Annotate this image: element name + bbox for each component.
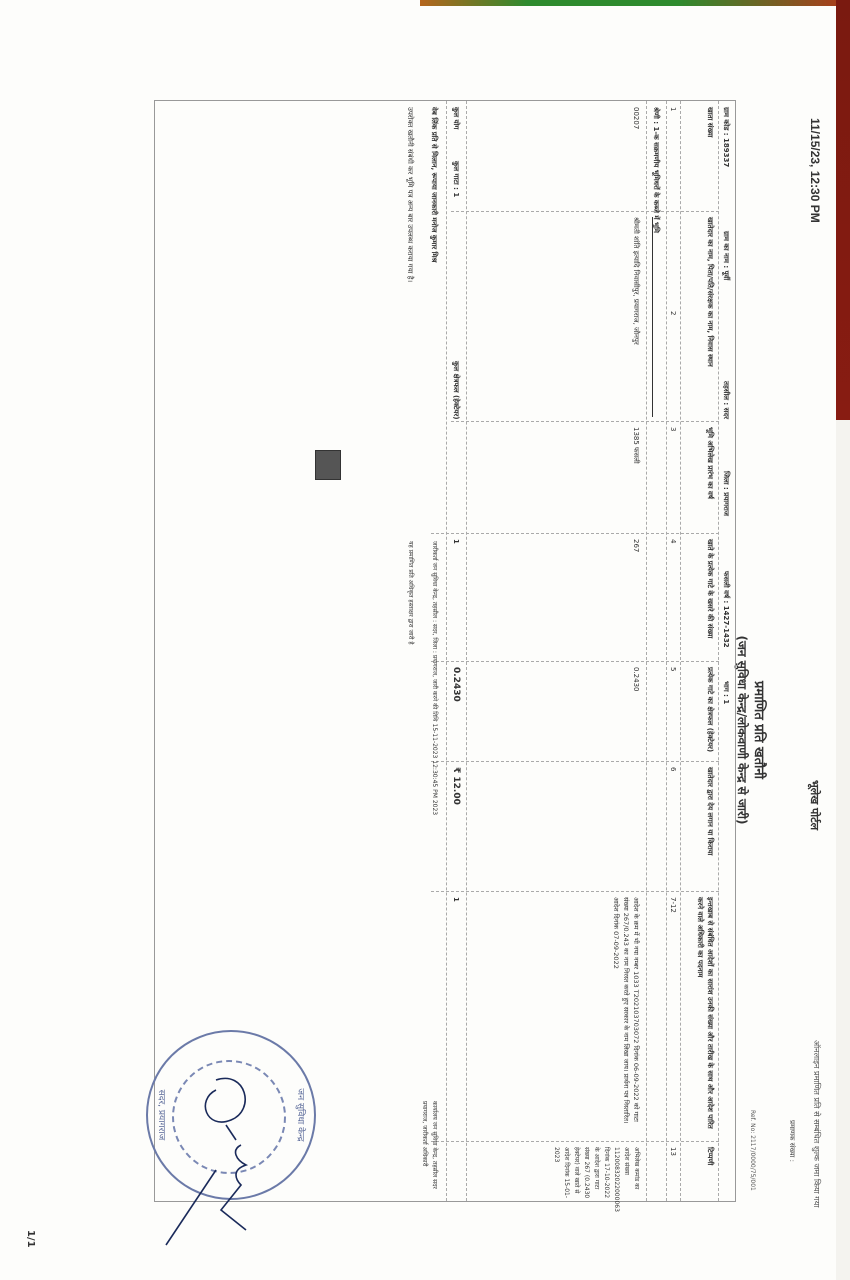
orders-summary: आदेश के क्रम में भी नया नम्बर 1033 T2021… bbox=[611, 897, 641, 1137]
col-header-khasra: खाते के प्रत्येक गाटे के खसरे की संख्या bbox=[705, 539, 715, 657]
stamp-top-text: जन सुविधा केन्द्र bbox=[295, 1032, 308, 1198]
col-num: 3 bbox=[668, 427, 678, 431]
col-num: 1 bbox=[668, 107, 678, 111]
col-header-khata: खाता संख्या bbox=[705, 107, 715, 207]
part: भाग : 1 bbox=[721, 681, 731, 704]
authority-block: कार्यालय जन सुविधा केन्द्र, तहसील सदर प्… bbox=[419, 1101, 439, 1197]
totals-gata: कुल गाटा : 1 bbox=[451, 161, 461, 197]
reference-number: Ref. No: 2117/0000/75/001 bbox=[749, 1110, 756, 1191]
strike-line bbox=[652, 217, 653, 417]
col-header-rent: खातेदार द्वारा देय लगान या किराया bbox=[705, 767, 715, 887]
background-paper-edge bbox=[836, 420, 850, 1280]
col-num: 5 bbox=[668, 667, 678, 671]
portal-logo bbox=[315, 450, 341, 480]
tehsil: तहसील : सदर bbox=[721, 381, 731, 419]
totals-count-2: 1 bbox=[451, 897, 461, 902]
col-header-area: प्रत्येक गाटे का क्षेत्रफल (हेक्टेयर) bbox=[705, 667, 715, 757]
category-row: श्रेणी : 1-क सक्रमणीय भूमिधरों के कब्जे … bbox=[651, 107, 661, 233]
col-num: 7-12 bbox=[668, 897, 678, 913]
col-num: 6 bbox=[668, 767, 678, 771]
issuer-block: जारीकर्ता जन सुविधा केन्द्र, तहसील : सदर… bbox=[429, 541, 439, 1061]
reference-label: प्रमाणक संख्या : bbox=[787, 1120, 796, 1162]
totals-label: कुल योग bbox=[451, 107, 461, 129]
fee-note: ऑनलाइन प्रमाणित प्रति से सम्बंधित शुल्क … bbox=[811, 1040, 822, 1208]
village-name: ग्राम का नाम : पूर्वी bbox=[721, 231, 731, 280]
record-year: 1385 फसली bbox=[631, 427, 641, 464]
totals-rent: ₹ 12.00 bbox=[451, 767, 461, 805]
totals-area: 0.2430 bbox=[451, 667, 461, 702]
remarks: अभिलेख कमांड का आदेश संख्या 112008320220… bbox=[551, 1147, 641, 1199]
khata-number: 00207 bbox=[631, 107, 641, 129]
col-header-remarks: टिप्पणी bbox=[705, 1147, 715, 1197]
plot-area: 0.2430 bbox=[631, 667, 641, 692]
district: जिला : प्रयागराज bbox=[721, 471, 731, 516]
verified-line: वेब लिंक प्रति से मिलान, रूपाया जानकारी … bbox=[429, 107, 439, 507]
owner-name: श्रीमती शांति इत्यादि निवासीपुर, प्रयागर… bbox=[631, 217, 641, 417]
totals-area-label: कुल क्षेत्रफल (हेक्टेयर) bbox=[451, 361, 461, 419]
col-header-name: खातेदार का नाम, पिता/पति/संरक्षक का नाम,… bbox=[705, 217, 715, 417]
khasra-number: 267 bbox=[631, 539, 641, 552]
issuer-note: यह प्रमाणित प्रति अधिकृत हस्ताक्षर द्वार… bbox=[405, 541, 415, 1061]
fasli-year: फसली वर्ष : 1427-1432 bbox=[721, 571, 731, 648]
document-title: प्रमाणित प्रति खतौनी (जन सुविधा केन्द्र/… bbox=[734, 600, 766, 860]
col-num: 4 bbox=[668, 539, 678, 543]
village-code: ग्राम कोड : 189337 bbox=[721, 107, 731, 167]
col-num: 13 bbox=[668, 1147, 678, 1156]
signature bbox=[156, 1050, 276, 1250]
col-header-orders: इन्तखाब से संबंधित आदेशों का सारांश उनकी… bbox=[695, 897, 715, 1137]
disclaimer: उपरोक्त खतौनी संबंधी कर भूमि पत्र अन्य ब… bbox=[405, 107, 415, 547]
document-page: 11/15/23, 12:30 PM भूलेख पोर्टल ऑनलाइन प… bbox=[0, 0, 836, 1280]
title-main: प्रमाणित प्रति खतौनी bbox=[750, 600, 766, 860]
print-timestamp: 11/15/23, 12:30 PM bbox=[808, 118, 822, 223]
totals-count: 1 bbox=[451, 539, 461, 544]
portal-name: भूलेख पोर्टल bbox=[807, 780, 822, 830]
col-header-year: भूमि अभिलेख प्रारंभ का वर्ष bbox=[705, 427, 715, 527]
title-sub: (जन सुविधा केन्द्र/लोकवाणी केन्द्र से जा… bbox=[734, 600, 750, 860]
page-number: 1/1 bbox=[25, 1230, 36, 1248]
col-num: 2 bbox=[668, 311, 678, 315]
